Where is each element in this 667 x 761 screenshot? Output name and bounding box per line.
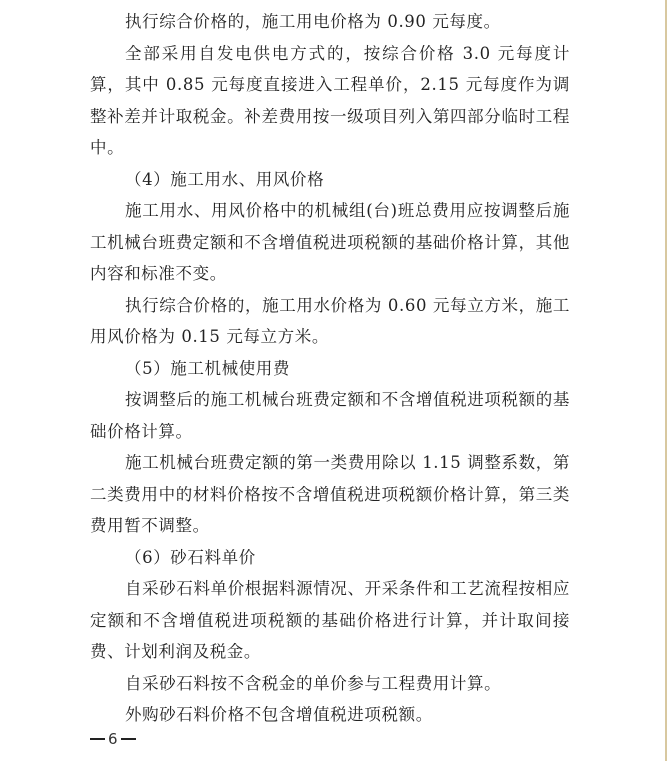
paragraph-machinery-adjustment: 施工机械台班费定额的第一类费用除以 1.15 调整系数，第二类费用中的材料价格按… [90, 447, 570, 542]
section-heading-4: （4）施工用水、用风价格 [90, 164, 570, 196]
paragraph-machinery-basis: 按调整后的施工机械台班费定额和不含增值税进项税额的基础价格计算。 [90, 384, 570, 447]
paragraph-purchased-aggregate: 外购砂石料价格不包含增值税进项税额。 [90, 699, 570, 731]
dash-left [90, 738, 105, 740]
paragraph-self-generated-power: 全部采用自发电供电方式的，按综合价格 3.0 元每度计算，其中 0.85 元每度… [90, 38, 570, 164]
paragraph-aggregate-tax: 自采砂石料按不含税金的单价参与工程费用计算。 [90, 668, 570, 700]
document-body: 执行综合价格的，施工用电价格为 0.90 元每度。 全部采用自发电供电方式的，按… [90, 6, 570, 731]
page-footer: 6 [90, 730, 136, 748]
paragraph-water-air-price: 执行综合价格的，施工用水价格为 0.60 元每立方米，施工用风价格为 0.15 … [90, 290, 570, 353]
section-heading-5: （5）施工机械使用费 [90, 353, 570, 385]
paragraph-electricity-price: 执行综合价格的，施工用电价格为 0.90 元每度。 [90, 6, 570, 38]
section-heading-6: （6）砂石料单价 [90, 542, 570, 574]
page-number: 6 [108, 730, 118, 748]
paragraph-water-air-machinery: 施工用水、用风价格中的机械组(台)班总费用应按调整后施工机械台班费定额和不含增值… [90, 195, 570, 290]
dash-right [121, 738, 136, 740]
paragraph-self-mined-aggregate: 自采砂石料单价根据料源情况、开采条件和工艺流程按相应定额和不含增值税进项税额的基… [90, 573, 570, 668]
